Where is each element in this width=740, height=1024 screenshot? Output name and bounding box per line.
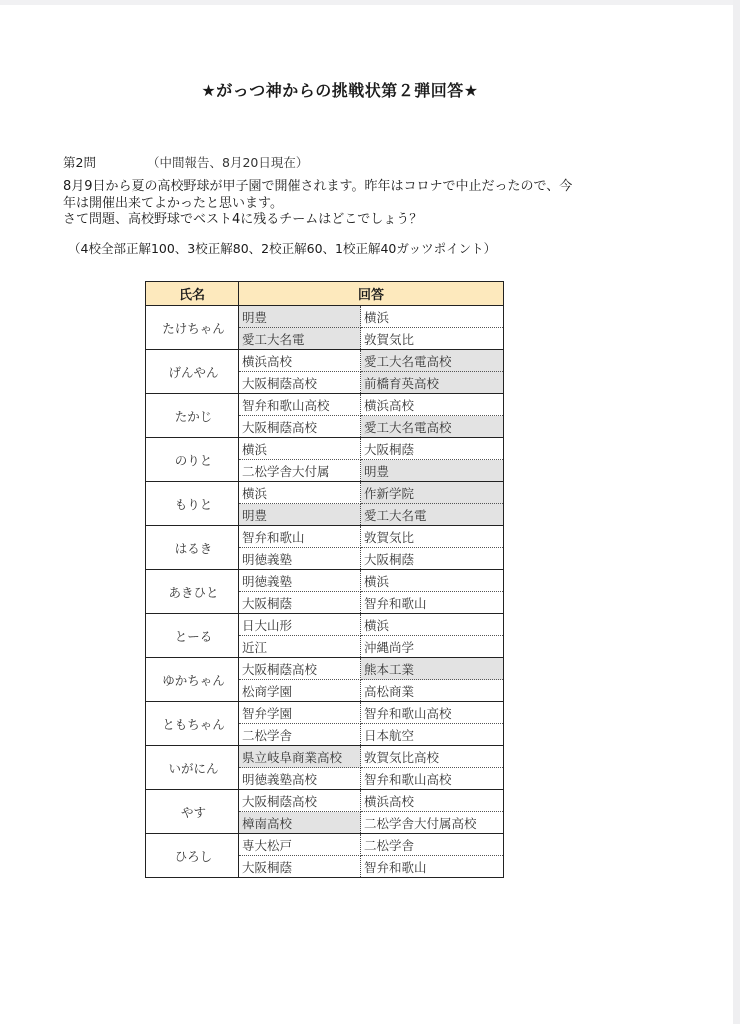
answer-cell: 大阪桐蔭	[361, 548, 504, 570]
table-row: はるき智弁和歌山敦賀気比	[146, 526, 504, 548]
answer-cell: 横浜	[239, 482, 361, 504]
participant-name: とーる	[146, 614, 239, 658]
body-line: さて問題、高校野球でベスト4に残るチームはどこでしょう？	[63, 212, 623, 229]
participant-name: もりと	[146, 482, 239, 526]
question-body: 8月9日から夏の高校野球が甲子園で開催されます。昨年はコロナで中止だったので、今…	[63, 179, 623, 229]
answer-cell: 愛工大名電	[361, 504, 504, 526]
answer-cell: 智弁和歌山高校	[361, 768, 504, 790]
participant-name: ひろし	[146, 834, 239, 878]
question-header: 第2問（中間報告、8月20日現在）	[63, 153, 308, 171]
answer-cell: 熊本工業	[361, 658, 504, 680]
answer-cell: 二松学舎大付属高校	[361, 812, 504, 834]
answer-cell: 二松学舎	[239, 724, 361, 746]
answer-cell: 横浜高校	[361, 790, 504, 812]
participant-name: はるき	[146, 526, 239, 570]
answer-cell: 大阪桐蔭	[239, 856, 361, 878]
answer-cell: 愛工大名電高校	[361, 350, 504, 372]
table-row: とーる日大山形横浜	[146, 614, 504, 636]
body-line: 8月9日から夏の高校野球が甲子園で開催されます。昨年はコロナで中止だったので、今	[63, 179, 623, 196]
answer-cell: 作新学院	[361, 482, 504, 504]
table-row: たけちゃん明豊横浜	[146, 306, 504, 328]
answer-cell: 智弁和歌山	[361, 592, 504, 614]
answer-cell: 大阪桐蔭高校	[239, 790, 361, 812]
answer-cell: 専大松戸	[239, 834, 361, 856]
table-row: ともちゃん智弁学園智弁和歌山高校	[146, 702, 504, 724]
answer-cell: 明徳義塾高校	[239, 768, 361, 790]
participant-name: のりと	[146, 438, 239, 482]
participant-name: やす	[146, 790, 239, 834]
question-note: （中間報告、8月20日現在）	[147, 155, 308, 170]
header-answer: 回答	[239, 282, 504, 306]
table-row: ひろし専大松戸二松学舎	[146, 834, 504, 856]
participant-name: たけちゃん	[146, 306, 239, 350]
answer-cell: 敦賀気比	[361, 526, 504, 548]
answer-cell: 松商学園	[239, 680, 361, 702]
answer-cell: 樟南高校	[239, 812, 361, 834]
answer-cell: 沖縄尚学	[361, 636, 504, 658]
answer-cell: 智弁和歌山	[239, 526, 361, 548]
answer-cell: 県立岐阜商業高校	[239, 746, 361, 768]
answer-cell: 横浜	[361, 570, 504, 592]
table-row: ゆかちゃん大阪桐蔭高校熊本工業	[146, 658, 504, 680]
answer-cell: 敦賀気比高校	[361, 746, 504, 768]
answer-cell: 敦賀気比	[361, 328, 504, 350]
answer-cell: 大阪桐蔭高校	[239, 372, 361, 394]
body-line: 年は開催出来てよかったと思います。	[63, 196, 623, 213]
answer-cell: 愛工大名電	[239, 328, 361, 350]
answer-cell: 横浜	[361, 306, 504, 328]
answer-cell: 日本航空	[361, 724, 504, 746]
answer-cell: 大阪桐蔭	[361, 438, 504, 460]
table-row: いがにん県立岐阜商業高校敦賀気比高校	[146, 746, 504, 768]
header-name: 氏名	[146, 282, 239, 306]
answer-cell: 横浜	[361, 614, 504, 636]
document-page: ★がっつ神からの挑戦状第２弾回答★ 第2問（中間報告、8月20日現在） 8月9日…	[0, 5, 733, 1024]
answer-cell: 横浜高校	[361, 394, 504, 416]
answer-cell: 高松商業	[361, 680, 504, 702]
answer-cell: 智弁和歌山高校	[239, 394, 361, 416]
answer-cell: 前橋育英高校	[361, 372, 504, 394]
question-number: 第2問	[63, 153, 147, 171]
answer-cell: 大阪桐蔭高校	[239, 658, 361, 680]
answer-cell: 明豊	[361, 460, 504, 482]
page-margin	[733, 0, 740, 1024]
answer-cell: 大阪桐蔭高校	[239, 416, 361, 438]
answer-cell: 明豊	[239, 306, 361, 328]
document-title: ★がっつ神からの挑戦状第２弾回答★	[0, 78, 680, 101]
table-row: げんやん横浜高校愛工大名電高校	[146, 350, 504, 372]
answer-cell: 横浜	[239, 438, 361, 460]
answer-cell: 横浜高校	[239, 350, 361, 372]
participant-name: あきひと	[146, 570, 239, 614]
answer-cell: 日大山形	[239, 614, 361, 636]
participant-name: ともちゃん	[146, 702, 239, 746]
answer-cell: 明徳義塾	[239, 548, 361, 570]
answer-cell: 明徳義塾	[239, 570, 361, 592]
participant-name: ゆかちゃん	[146, 658, 239, 702]
table-row: もりと横浜作新学院	[146, 482, 504, 504]
answer-cell: 二松学舎	[361, 834, 504, 856]
answer-cell: 智弁学園	[239, 702, 361, 724]
points-note: （4校全部正解100、3校正解80、2校正解60、1校正解40ガッツポイント）	[68, 239, 496, 257]
answer-cell: 近江	[239, 636, 361, 658]
answer-cell: 明豊	[239, 504, 361, 526]
table-header-row: 氏名 回答	[146, 282, 504, 306]
answers-table: 氏名 回答 たけちゃん明豊横浜愛工大名電敦賀気比げんやん横浜高校愛工大名電高校大…	[145, 281, 504, 878]
table-row: あきひと明徳義塾横浜	[146, 570, 504, 592]
answer-cell: 智弁和歌山高校	[361, 702, 504, 724]
table-row: のりと横浜大阪桐蔭	[146, 438, 504, 460]
answer-cell: 二松学舎大付属	[239, 460, 361, 482]
participant-name: げんやん	[146, 350, 239, 394]
table-row: たかじ智弁和歌山高校横浜高校	[146, 394, 504, 416]
answer-cell: 智弁和歌山	[361, 856, 504, 878]
participant-name: たかじ	[146, 394, 239, 438]
answer-cell: 愛工大名電高校	[361, 416, 504, 438]
table-row: やす大阪桐蔭高校横浜高校	[146, 790, 504, 812]
answer-cell: 大阪桐蔭	[239, 592, 361, 614]
participant-name: いがにん	[146, 746, 239, 790]
